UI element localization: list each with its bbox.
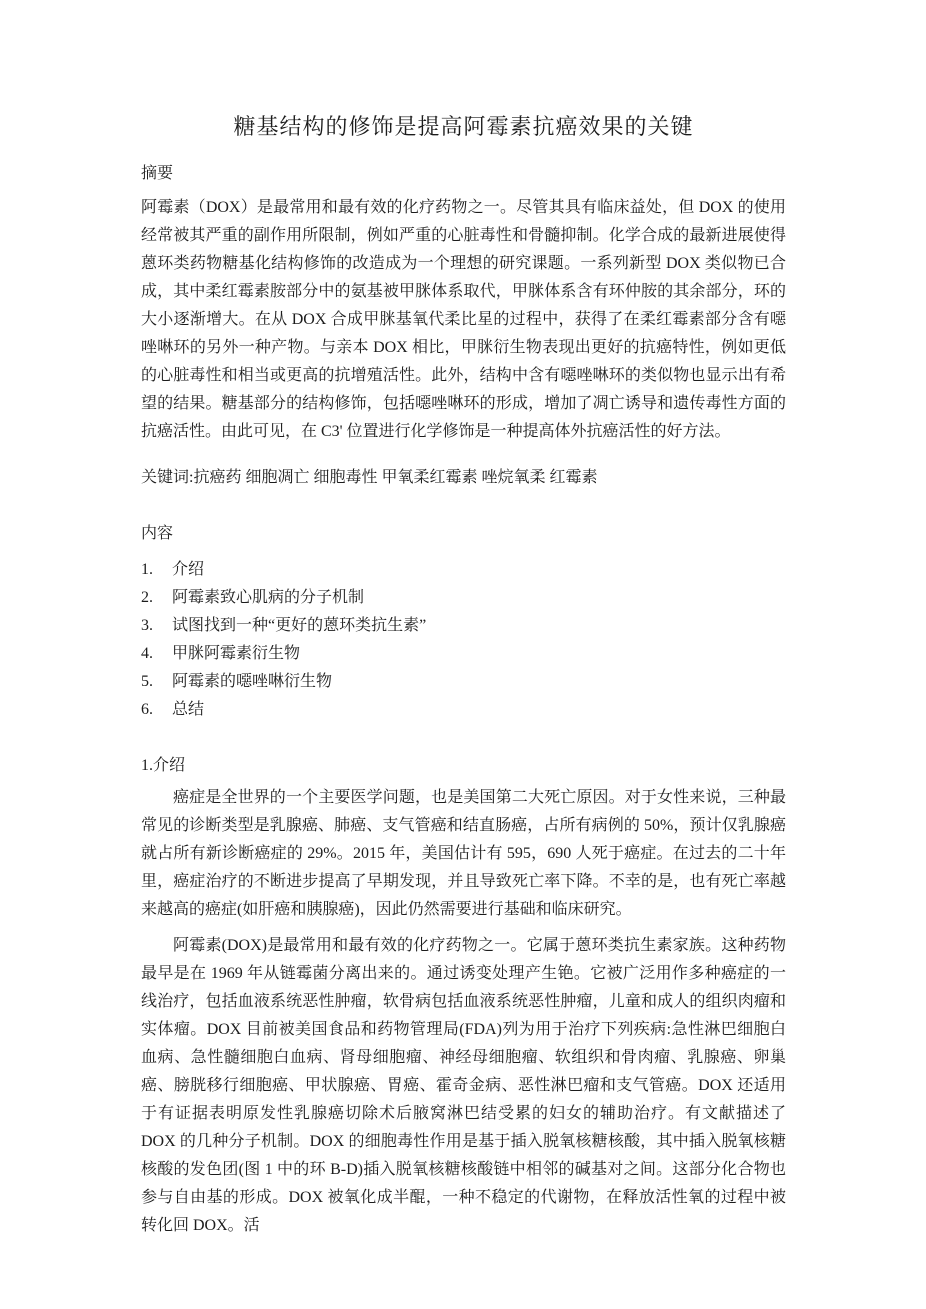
toc-item-cardiomyopathy-mechanism: 2. 阿霉素致心肌病的分子机制: [141, 584, 786, 612]
toc-item-label: 阿霉素的噁唑啉衍生物: [172, 668, 332, 696]
toc-item-label: 试图找到一种“更好的蒽环类抗生素”: [172, 612, 426, 640]
toc-item-summary: 6. 总结: [141, 696, 786, 724]
toc-item-oxazoline-derivatives: 5. 阿霉素的噁唑啉衍生物: [141, 668, 786, 696]
toc-item-label: 总结: [172, 696, 204, 724]
toc-item-label: 阿霉素致心肌病的分子机制: [172, 584, 364, 612]
abstract-label: 摘要: [141, 160, 786, 188]
toc-item-number: 5.: [141, 668, 172, 696]
body-paragraph: 癌症是全世界的一个主要医学问题，也是美国第二大死亡原因。对于女性来说，三种最常见…: [141, 784, 786, 924]
abstract-paragraph: 阿霉素（DOX）是最常用和最有效的化疗药物之一。尽管其具有临床益处，但 DOX …: [141, 194, 786, 446]
contents-label: 内容: [141, 520, 786, 548]
toc-item-introduction: 1. 介绍: [141, 556, 786, 584]
toc-item-number: 6.: [141, 696, 172, 724]
keywords-line: 关键词:抗癌药 细胞凋亡 细胞毒性 甲氧柔红霉素 唑烷氧柔 红霉素: [141, 464, 786, 492]
table-of-contents: 1. 介绍 2. 阿霉素致心肌病的分子机制 3. 试图找到一种“更好的蒽环类抗生…: [141, 556, 786, 724]
toc-item-number: 4.: [141, 640, 172, 668]
section-heading-introduction: 1.介绍: [141, 752, 786, 780]
toc-item-label: 介绍: [172, 556, 204, 584]
body-paragraph: 阿霉素(DOX)是最常用和最有效的化疗药物之一。它属于蒽环类抗生素家族。这种药物…: [141, 932, 786, 1240]
toc-item-number: 3.: [141, 612, 172, 640]
toc-item-formamidine-derivatives: 4. 甲脒阿霉素衍生物: [141, 640, 786, 668]
toc-item-label: 甲脒阿霉素衍生物: [172, 640, 300, 668]
toc-item-number: 1.: [141, 556, 172, 584]
page-title: 糖基结构的修饰是提高阿霉素抗癌效果的关键: [141, 110, 786, 144]
toc-item-number: 2.: [141, 584, 172, 612]
document-page: 糖基结构的修饰是提高阿霉素抗癌效果的关键 摘要 阿霉素（DOX）是最常用和最有效…: [0, 0, 926, 1309]
toc-item-better-anthracycline: 3. 试图找到一种“更好的蒽环类抗生素”: [141, 612, 786, 640]
